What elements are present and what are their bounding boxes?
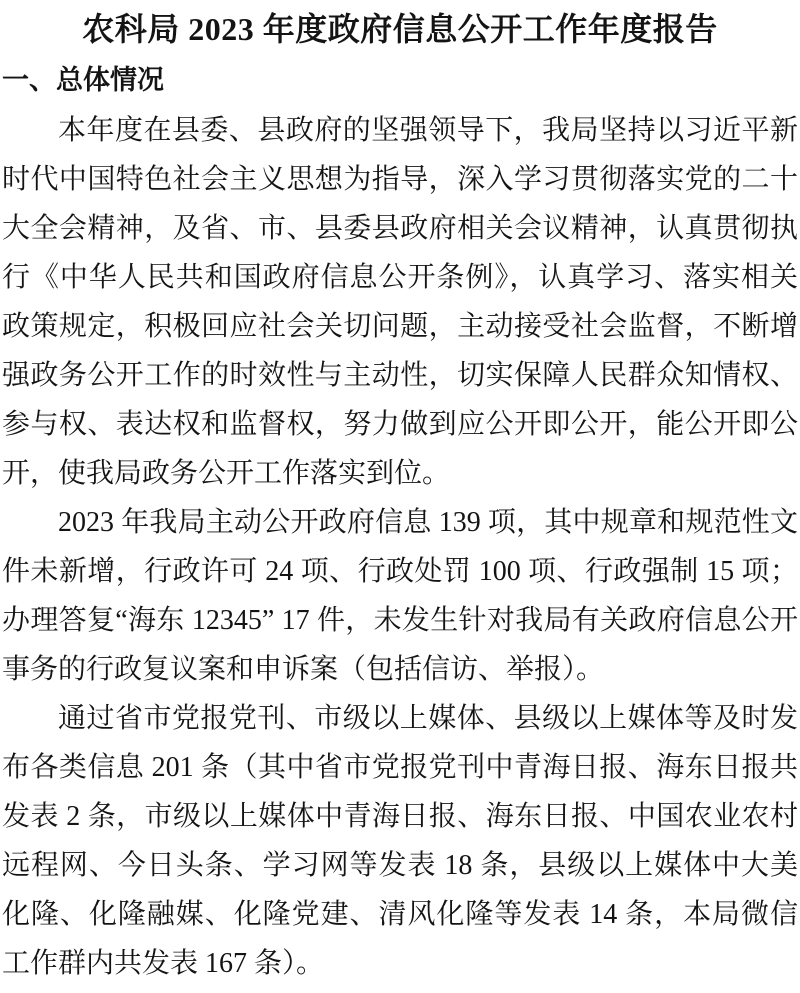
document-page: 农科局 2023 年度政府信息公开工作年度报告 一、总体情况 本年度在县委、县政… [0,0,800,993]
paragraph-media-publication: 通过省市党报党刊、市级以上媒体、县级以上媒体等及时发布各类信息 201 条（其中… [2,694,798,988]
document-title: 农科局 2023 年度政府信息公开工作年度报告 [2,8,798,50]
paragraph-guiding-principles: 本年度在县委、县政府的坚强领导下，我局坚持以习近平新时代中国特色社会主义思想为指… [2,106,798,498]
paragraph-disclosure-statistics: 2023 年我局主动公开政府信息 139 项，其中规章和规范性文件未新增，行政许… [2,498,798,694]
section-heading-overall-situation: 一、总体情况 [2,60,798,100]
